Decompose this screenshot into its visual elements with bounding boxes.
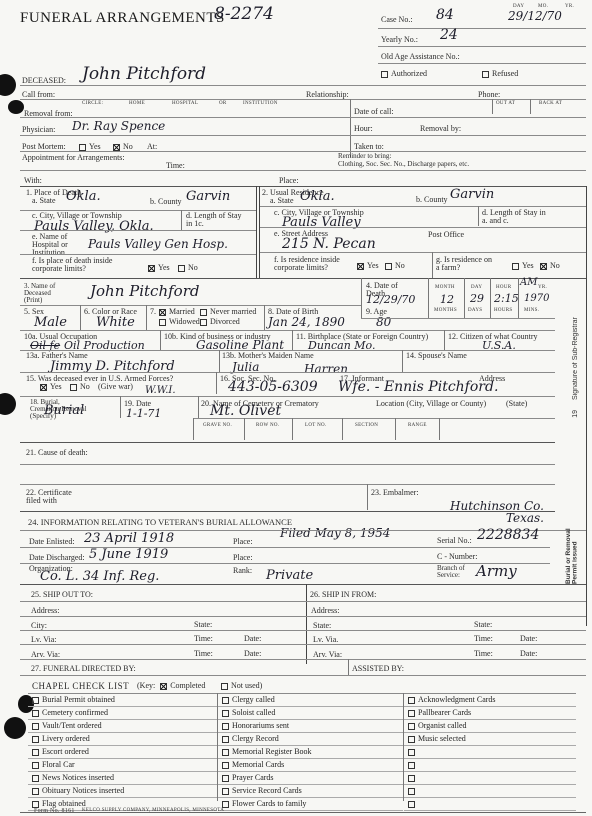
res-inside-yes[interactable]: Yes: [357, 262, 379, 270]
checkbox-icon: [79, 144, 86, 151]
publisher: KELCO SUPPLY COMPANY, MINNEAPOLIS, MINNE…: [82, 808, 224, 813]
dod-day: 29: [470, 293, 484, 304]
checklist-item[interactable]: [404, 785, 576, 798]
cemetery: Mt. Olivet: [210, 404, 281, 418]
checklist-item[interactable]: Vault/Tent ordered: [28, 720, 217, 733]
checklist-item[interactable]: Flower Cards to family: [218, 798, 403, 811]
ship-out-lv-time: Time:: [194, 635, 213, 643]
c-number-label: C - Number:: [437, 553, 477, 561]
range-label: RANGE: [408, 423, 427, 428]
checkbox-icon: [32, 710, 39, 717]
appointment-label: Appointment for Arrangements:: [22, 154, 125, 162]
checkbox-icon: [222, 749, 229, 756]
old-age-label: Old Age Assistance No.:: [381, 53, 460, 61]
checkbox-icon: [512, 263, 519, 270]
checklist-key-not-used: Not used): [221, 682, 262, 690]
death-county-label: b. County: [150, 198, 182, 206]
age-days-label: DAYS: [468, 308, 482, 313]
ship-in-lv-date: Date:: [520, 635, 537, 643]
checkbox-icon: [32, 697, 39, 704]
dod-month-label: MONTH: [435, 285, 455, 290]
discharged-place-label: Place:: [233, 554, 253, 562]
give-war-label: (Give war): [98, 383, 133, 391]
death-inside-yes[interactable]: Yes: [148, 264, 170, 272]
assisted-by-label: ASSISTED BY:: [352, 665, 404, 673]
filed-note: Filed May 8, 1954: [280, 527, 390, 539]
row-no-label: ROW NO.: [256, 423, 279, 428]
checklist-item[interactable]: [404, 798, 576, 811]
armed-no[interactable]: No: [70, 383, 90, 391]
completed-key-icon: [160, 683, 167, 690]
form-title: FUNERAL ARRANGEMENTS: [20, 10, 225, 27]
marital-num: 7.: [150, 308, 156, 316]
checkbox-icon: [70, 384, 77, 391]
ship-out-lv-date: Date:: [244, 635, 261, 643]
ship-in-arv-label: Arv. Via:: [313, 651, 342, 659]
sub-registrar-signature-label: Signature of Sub-Registrar: [572, 300, 579, 400]
checklist-item[interactable]: Acknowledgment Cards: [404, 694, 576, 707]
never-married-checkbox[interactable]: Never married: [200, 308, 256, 316]
res-length-label: d. Length of Stay in a. and c.: [482, 209, 552, 225]
checklist-item[interactable]: Honorariums sent: [218, 720, 403, 733]
sex: Male: [34, 316, 67, 329]
checklist-item[interactable]: Obituary Notices inserted: [28, 785, 217, 798]
checklist-item[interactable]: [404, 746, 576, 759]
yearly-no-label: Yearly No.:: [381, 36, 418, 44]
widowed-checkbox[interactable]: Widowed: [159, 318, 200, 326]
checklist-item[interactable]: Music selected: [404, 733, 576, 746]
checklist-item[interactable]: Floral Car: [28, 759, 217, 772]
ship-out-address-label: Address:: [31, 607, 59, 615]
checkbox-icon: [178, 265, 185, 272]
checkbox-icon: [32, 788, 39, 795]
death-length-label: d. Length of Stay in 1c.: [186, 212, 246, 228]
ship-out-arv-time: Time:: [194, 650, 213, 658]
back-at-label: BACK AT: [539, 101, 562, 106]
grave-no-label: GRAVE NO.: [203, 423, 232, 428]
phone-label: Phone:: [478, 91, 500, 99]
checkbox-icon: [32, 775, 39, 782]
burial-method: Burial: [44, 404, 84, 417]
rank: Private: [266, 569, 313, 582]
directed-by-label: 27. FUNERAL DIRECTED BY:: [31, 665, 136, 673]
married-checkbox[interactable]: Married: [159, 308, 195, 316]
checklist-item[interactable]: News Notices inserted: [28, 772, 217, 785]
branch: Army: [476, 564, 517, 579]
burial-date: 1-1-71: [126, 408, 161, 419]
checkbox-icon: [222, 736, 229, 743]
checklist-item[interactable]: Soloist called: [218, 707, 403, 720]
time-label: Time:: [166, 162, 185, 170]
section-label: SECTION: [355, 423, 378, 428]
checkbox-icon: [32, 736, 39, 743]
punch-hole: [0, 74, 16, 96]
name-deceased-label: 3. Name of Deceased (Print): [24, 283, 70, 304]
checkbox-icon: [408, 762, 415, 769]
reminder-text: Clothing, Soc. Sec. No., Discharge paper…: [338, 161, 469, 168]
embalmer-label: 23. Embalmer:: [371, 489, 419, 497]
checklist-item[interactable]: [404, 759, 576, 772]
not-used-key-icon: [221, 683, 228, 690]
checklist-item[interactable]: Burial Permit obtained: [28, 694, 217, 707]
out-at-label: OUT AT: [496, 101, 515, 106]
lot-no-label: LOT NO.: [305, 423, 326, 428]
yearly-no-value: 24: [440, 28, 458, 42]
org: Co. L. 34 Inf. Reg.: [40, 570, 159, 583]
deceased-label: DECEASED:: [22, 77, 66, 85]
checkbox-checked-icon: [40, 384, 47, 391]
permit-issued-label: Burial or Removal Permit issued: [566, 528, 592, 584]
with-label: With:: [24, 177, 42, 185]
checkbox-checked-icon: [148, 265, 155, 272]
ship-in-arv-time: Time:: [474, 650, 493, 658]
deceased-name: John Pitchford: [82, 66, 206, 83]
discharged-label: Date Discharged:: [29, 554, 85, 562]
veteran-header: 24. INFORMATION RELATING TO VETERAN'S BU…: [28, 518, 292, 527]
checkbox-icon: [32, 801, 39, 808]
checkbox-icon: [159, 319, 166, 326]
death-county: Garvin: [186, 190, 230, 203]
call-from-label: Call from:: [22, 91, 55, 99]
punch-hole: [0, 393, 16, 415]
ship-out-arv-label: Arv. Via:: [31, 651, 60, 659]
checklist-item[interactable]: Escort ordered: [28, 746, 217, 759]
res-farm-no[interactable]: No: [540, 262, 560, 270]
circle-or: OR: [219, 101, 227, 106]
checkbox-icon: [408, 697, 415, 704]
checklist-item[interactable]: Livery ordered: [28, 733, 217, 746]
ship-in-lv-label: Lv. Via.: [313, 636, 338, 644]
mother-label: 13b. Mother's Maiden Name: [222, 352, 314, 360]
ship-out-state-label: State:: [194, 621, 212, 629]
serial: 2228834: [477, 528, 539, 542]
res-state: Okla.: [300, 190, 335, 203]
dod-month: 12: [440, 294, 454, 305]
ship-in-header: 26. SHIP IN FROM:: [310, 591, 376, 599]
age-mins-label: MINS.: [524, 308, 539, 313]
checkbox-icon: [408, 749, 415, 756]
cause-label: 21. Cause of death:: [26, 449, 88, 457]
armed-yes[interactable]: Yes: [40, 383, 62, 391]
refused-checkbox[interactable]: Refused: [482, 70, 518, 78]
checkbox-icon: [200, 319, 207, 326]
checklist-item[interactable]: Pallbearer Cards: [404, 707, 576, 720]
checklist-key: (Key: Completed: [137, 682, 205, 690]
enlisted: 23 April 1918: [84, 532, 174, 545]
ship-in-arv-date: Date:: [520, 650, 537, 658]
ship-out-city-label: City:: [31, 622, 47, 630]
date-header-year: YR.: [565, 4, 574, 9]
age-months-label: MONTHS: [434, 308, 457, 313]
ssn: 443-05-6309: [228, 380, 318, 394]
dod-hour-label: HOUR: [496, 285, 511, 290]
res-farm-yes[interactable]: Yes: [512, 262, 534, 270]
case-no-label: Case No.:: [381, 16, 413, 24]
death-hospital: Pauls Valley Gen Hosp.: [88, 238, 228, 250]
checkbox-checked-icon: [159, 309, 166, 316]
checkbox-icon: [381, 71, 388, 78]
circle-hospital: HOSPITAL: [172, 101, 198, 106]
checkbox-icon: [222, 723, 229, 730]
res-farm-label: g. Is residence on a farm?: [436, 256, 496, 272]
checkbox-icon: [222, 801, 229, 808]
checkbox-icon: [32, 723, 39, 730]
war: W.W.I.: [145, 386, 176, 396]
checklist-item[interactable]: Prayer Cards: [218, 772, 403, 785]
checkbox-icon: [408, 788, 415, 795]
enlisted-place-label: Place:: [233, 538, 253, 546]
checkbox-icon: [222, 710, 229, 717]
checkbox-checked-icon: [357, 263, 364, 270]
dob: Jan 24, 1890: [268, 316, 345, 328]
spouse-label: 14. Spouse's Name: [406, 352, 467, 360]
at-label: At:: [147, 143, 157, 151]
divorced-checkbox[interactable]: Divorced: [200, 318, 240, 326]
checklist-col-2: Clergy called Soloist called Honorariums…: [218, 694, 403, 811]
case-no-value: 84: [436, 8, 454, 22]
checkbox-checked-icon: [540, 263, 547, 270]
checklist-item[interactable]: Clergy called: [218, 694, 403, 707]
year-prefix: 19: [572, 410, 579, 418]
checkbox-icon: [222, 762, 229, 769]
checkbox-icon: [32, 749, 39, 756]
dod-ampm: AM: [520, 278, 537, 288]
punch-hole: [8, 100, 24, 114]
race: White: [96, 316, 135, 329]
dod: 12/29/70: [366, 294, 415, 305]
checkbox-icon: [482, 71, 489, 78]
res-inside-label: f. Is residence inside corporate limits?: [274, 256, 354, 272]
checklist-item[interactable]: Cemetery confirmed: [28, 707, 217, 720]
informant: Wfe. - Ennis Pitchford.: [338, 380, 498, 394]
location-label: Location (City, Village or County): [376, 400, 486, 408]
form-number: Form No. 8161: [34, 808, 75, 814]
checkbox-icon: [408, 736, 415, 743]
rank-label: Rank:: [233, 567, 252, 575]
dod-year-label: YR.: [538, 285, 547, 290]
punch-hole: [4, 717, 26, 739]
checkbox-icon: [222, 775, 229, 782]
dod-hour: 2:15: [494, 293, 519, 304]
post-mortem-no[interactable]: No: [113, 143, 133, 151]
checklist-item[interactable]: Memorial Cards: [218, 759, 403, 772]
relationship-label: Relationship:: [306, 91, 349, 99]
authorized-checkbox[interactable]: Authorized: [381, 70, 427, 78]
serial-label: Serial No.:: [437, 537, 472, 545]
ship-in-state-label: State:: [474, 621, 492, 629]
res-county: Garvin: [450, 188, 494, 201]
checkbox-checked-icon: [113, 144, 120, 151]
checkbox-icon: [222, 697, 229, 704]
checklist-item[interactable]: Organist called: [404, 720, 576, 733]
ship-in-address-label: Address:: [311, 607, 339, 615]
res-state-label: a. State: [270, 197, 294, 205]
checkbox-icon: [32, 762, 39, 769]
checkbox-icon: [222, 788, 229, 795]
hour-label: Hour:: [354, 125, 373, 133]
res-street: 215 N. Pecan: [282, 237, 376, 251]
ship-out-lv-label: Lv. Via:: [31, 636, 57, 644]
checkbox-icon: [408, 710, 415, 717]
checkbox-icon: [385, 263, 392, 270]
post-office-label: Post Office: [428, 231, 464, 239]
res-county-label: b. County: [416, 196, 448, 204]
checklist-item[interactable]: Memorial Register Book: [218, 746, 403, 759]
dod-year: 1970: [524, 294, 549, 304]
checkbox-icon: [408, 723, 415, 730]
dod-day-label: DAY: [471, 285, 482, 290]
informant-address-label: Address: [479, 375, 505, 383]
physician-label: Physician:: [22, 126, 55, 134]
checklist-col-3: Acknowledgment Cards Pallbearer Cards Or…: [404, 694, 576, 811]
death-inside-no[interactable]: No: [178, 264, 198, 272]
date-of-call-label: Date of call:: [354, 108, 394, 116]
circle-label: CIRCLE:: [82, 101, 103, 106]
checkbox-icon: [408, 775, 415, 782]
checklist-item[interactable]: Clergy Record: [218, 733, 403, 746]
age-hours-label: HOURS: [494, 308, 512, 313]
removal-by-label: Removal by:: [420, 125, 461, 133]
reminder-label: Reminder to bring:: [338, 153, 391, 160]
case-date: 29/12/70: [508, 10, 562, 22]
ship-out-arv-date: Date:: [244, 650, 261, 658]
checklist-col-1: Burial Permit obtained Cemetery confirme…: [28, 694, 217, 811]
death-state: Okla.: [66, 190, 101, 203]
death-inside-label: f. Is place of death inside corporate li…: [32, 257, 142, 273]
circle-home: HOME: [129, 101, 145, 106]
taken-to-label: Taken to:: [354, 143, 384, 151]
checklist-item[interactable]: Service Record Cards: [218, 785, 403, 798]
filed-place: Hutchinson Co. Texas.: [434, 500, 544, 524]
res-inside-no[interactable]: No: [385, 262, 405, 270]
ship-in-city-label: State:: [313, 622, 331, 630]
discharged: 5 June 1919: [89, 548, 168, 561]
cert-label: 22. Certificate filed with: [26, 489, 86, 505]
checkbox-icon: [200, 309, 207, 316]
checklist-item[interactable]: [404, 772, 576, 785]
post-mortem-yes[interactable]: Yes: [79, 143, 101, 151]
physician-name: Dr. Ray Spence: [72, 120, 165, 132]
checklist-title: CHAPEL CHECK LIST: [32, 682, 129, 691]
file-number: 8-2274: [214, 6, 274, 23]
death-state-label: a. State: [32, 197, 56, 205]
ship-out-header: 25. SHIP OUT TO:: [31, 591, 93, 599]
circle-institution: INSTITUTION: [243, 101, 278, 106]
location-state-label: (State): [506, 400, 527, 408]
name-deceased: John Pitchford: [90, 284, 199, 299]
ship-in-lv-time: Time:: [474, 635, 493, 643]
place-label: Place:: [279, 177, 299, 185]
post-mortem-label: Post Mortem:: [22, 143, 66, 151]
branch-label: Branch of Service:: [437, 565, 473, 579]
enlisted-label: Date Enlisted:: [29, 538, 75, 546]
checkbox-icon: [408, 801, 415, 808]
